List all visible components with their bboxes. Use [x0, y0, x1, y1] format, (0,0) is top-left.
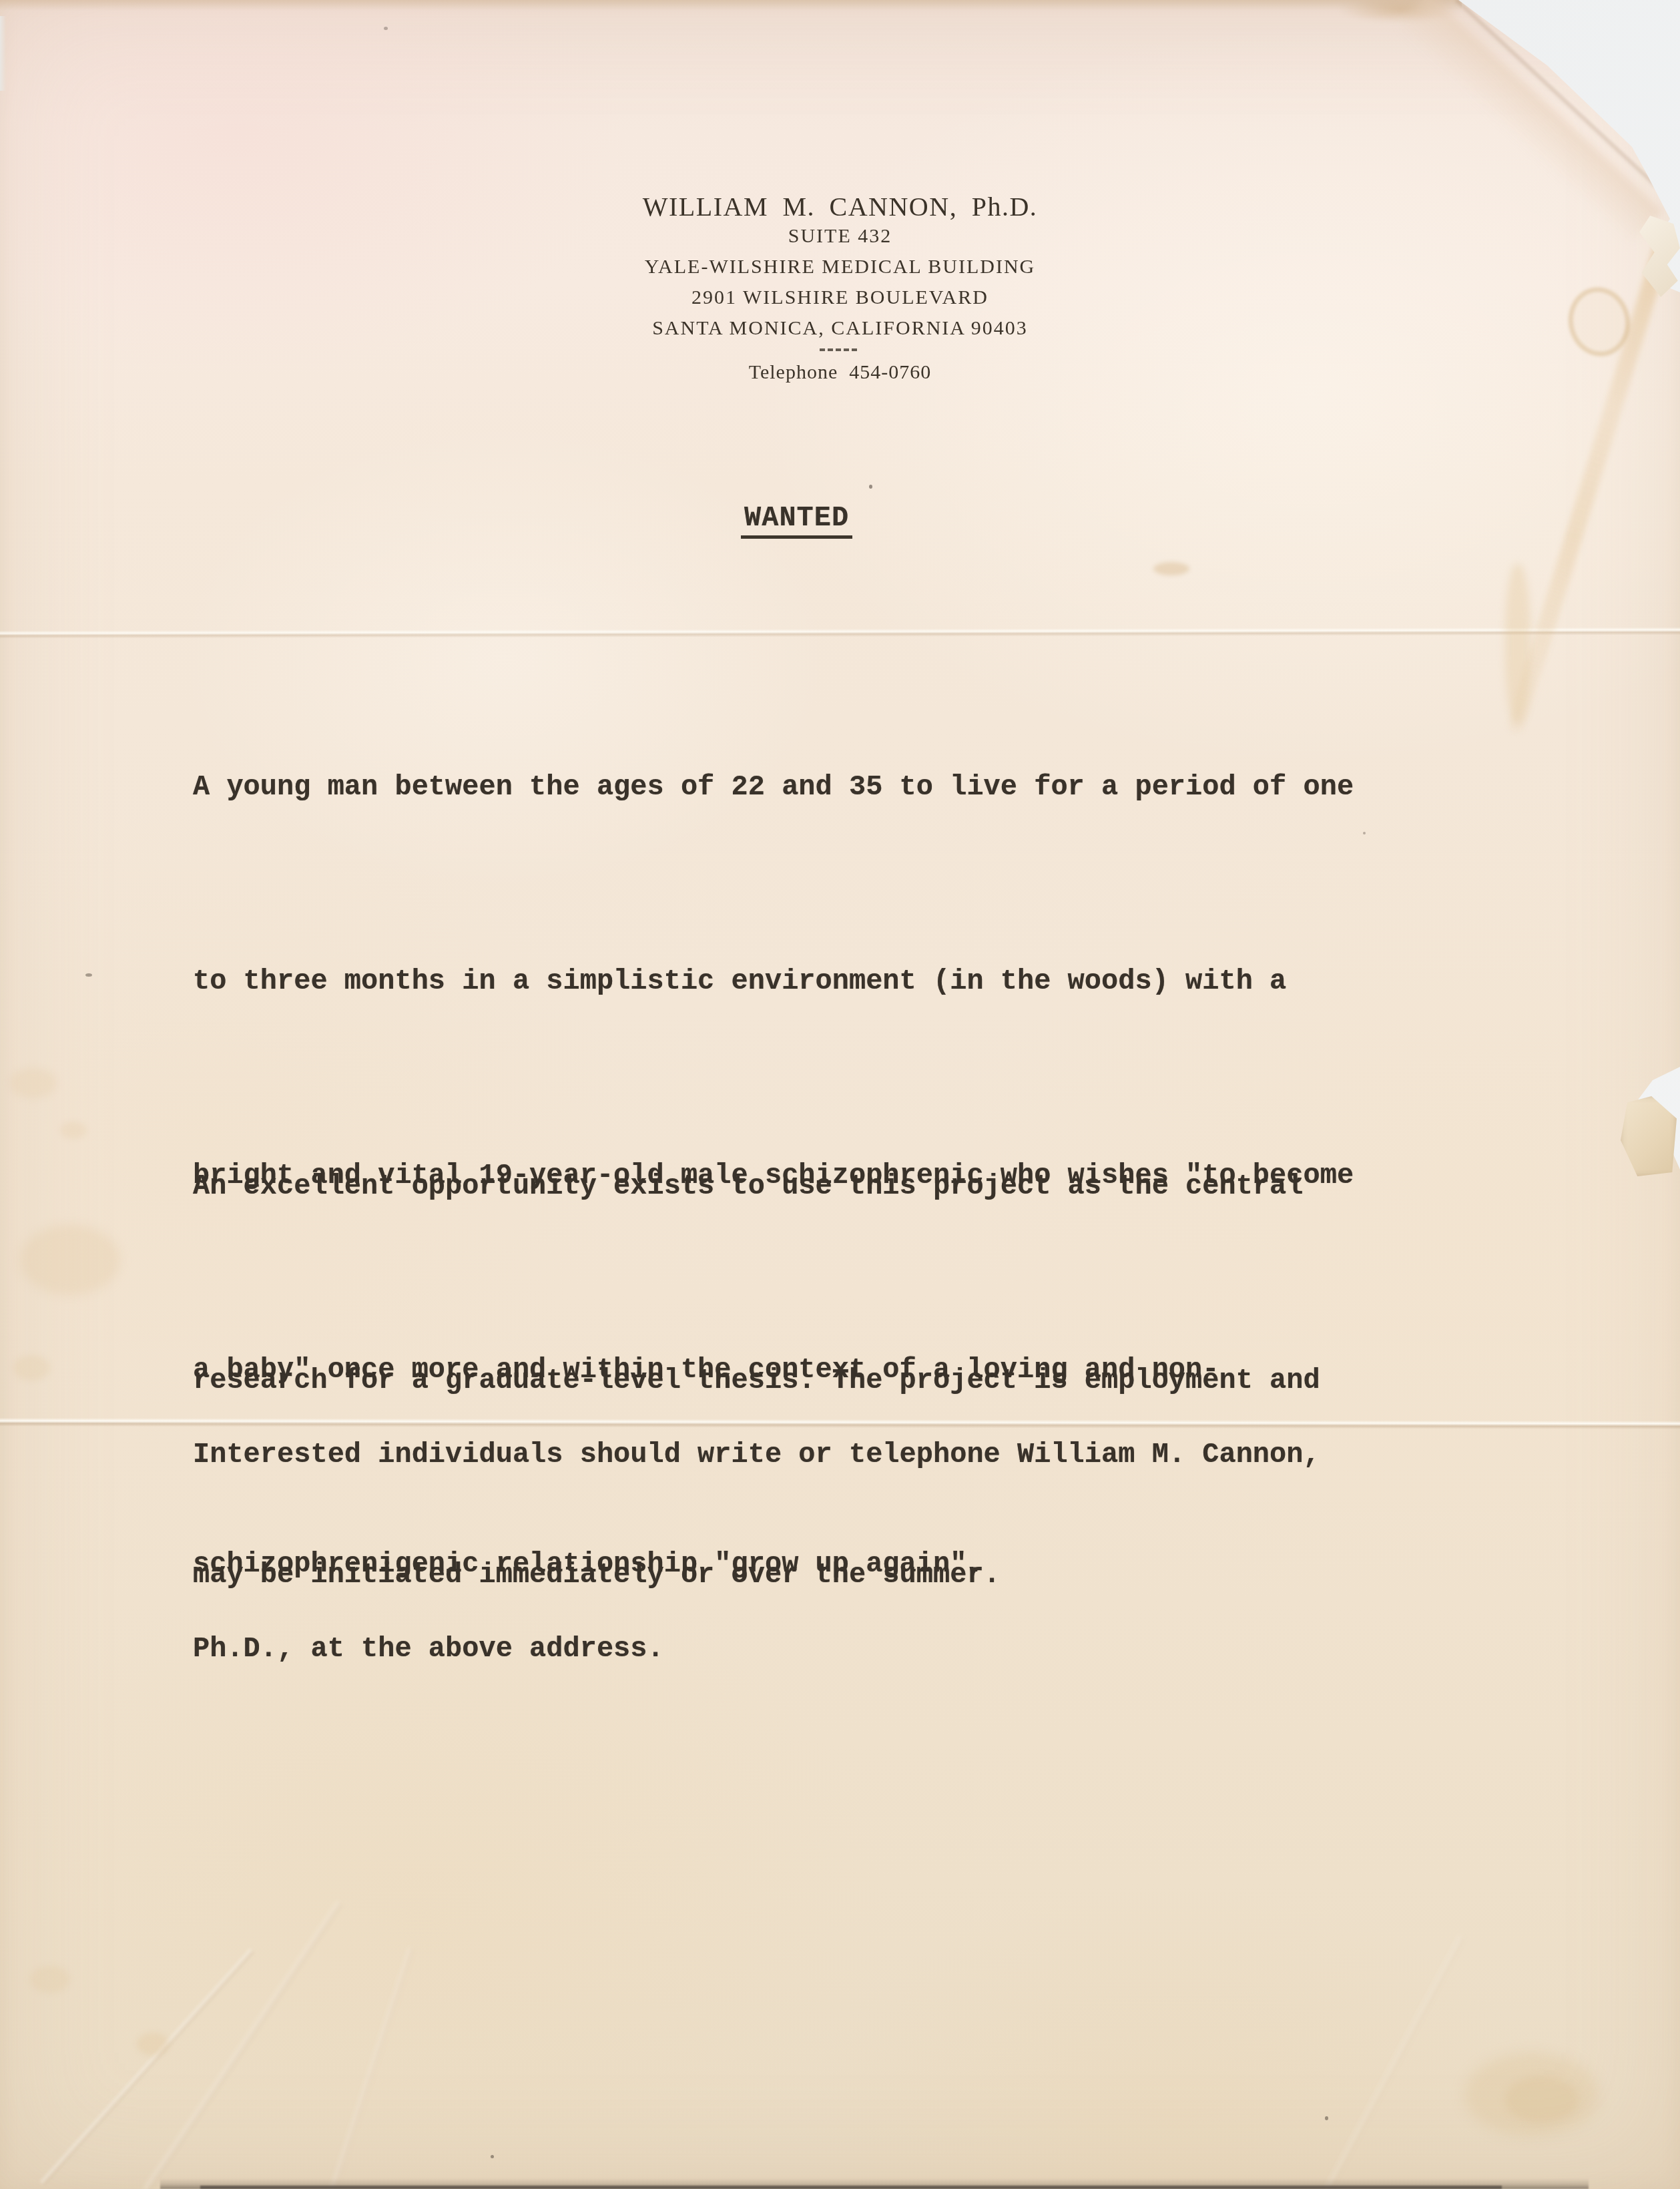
- top-edge-stain: [1338, 0, 1462, 23]
- scan-bottom-edge: [200, 2186, 1502, 2189]
- ink-speck: [869, 485, 872, 489]
- letterhead-divider: [820, 348, 857, 351]
- ink-speck: [85, 973, 92, 977]
- ink-speck: [1325, 2116, 1328, 2120]
- ink-speck: [1363, 832, 1366, 834]
- typed-line: An excellent opportunity exists to use t…: [193, 1154, 1320, 1219]
- typed-line: A young man between the ages of 22 and 3…: [193, 755, 1354, 820]
- typed-line: Ph.D., at the above address.: [193, 1617, 1320, 1682]
- typed-line: to three months in a simplistic environm…: [193, 949, 1354, 1014]
- ink-speck: [491, 2155, 494, 2158]
- scanned-document: WILLIAM M. CANNON, Ph.D. SUITE 432 YALE-…: [0, 0, 1680, 2189]
- paper-top-edge: [0, 0, 1462, 11]
- paper-sheet: WILLIAM M. CANNON, Ph.D. SUITE 432 YALE-…: [0, 0, 1680, 2189]
- paragraph-3: Interested individuals should write or t…: [193, 1293, 1320, 1811]
- letterhead-suite: SUITE 432: [0, 225, 1680, 248]
- wanted-heading: WANTED: [741, 502, 852, 539]
- letterhead-telephone: Telephone 454-0760: [0, 361, 1680, 384]
- left-edge-sliver: [0, 16, 6, 91]
- letterhead-city: SANTA MONICA, CALIFORNIA 90403: [0, 317, 1680, 340]
- letterhead-building: YALE-WILSHIRE MEDICAL BUILDING: [0, 256, 1680, 278]
- typed-line: Interested individuals should write or t…: [193, 1423, 1320, 1487]
- ink-speck: [384, 27, 388, 30]
- letterhead-street: 2901 WILSHIRE BOULEVARD: [0, 286, 1680, 309]
- letterhead-name: WILLIAM M. CANNON, Ph.D.: [0, 191, 1680, 222]
